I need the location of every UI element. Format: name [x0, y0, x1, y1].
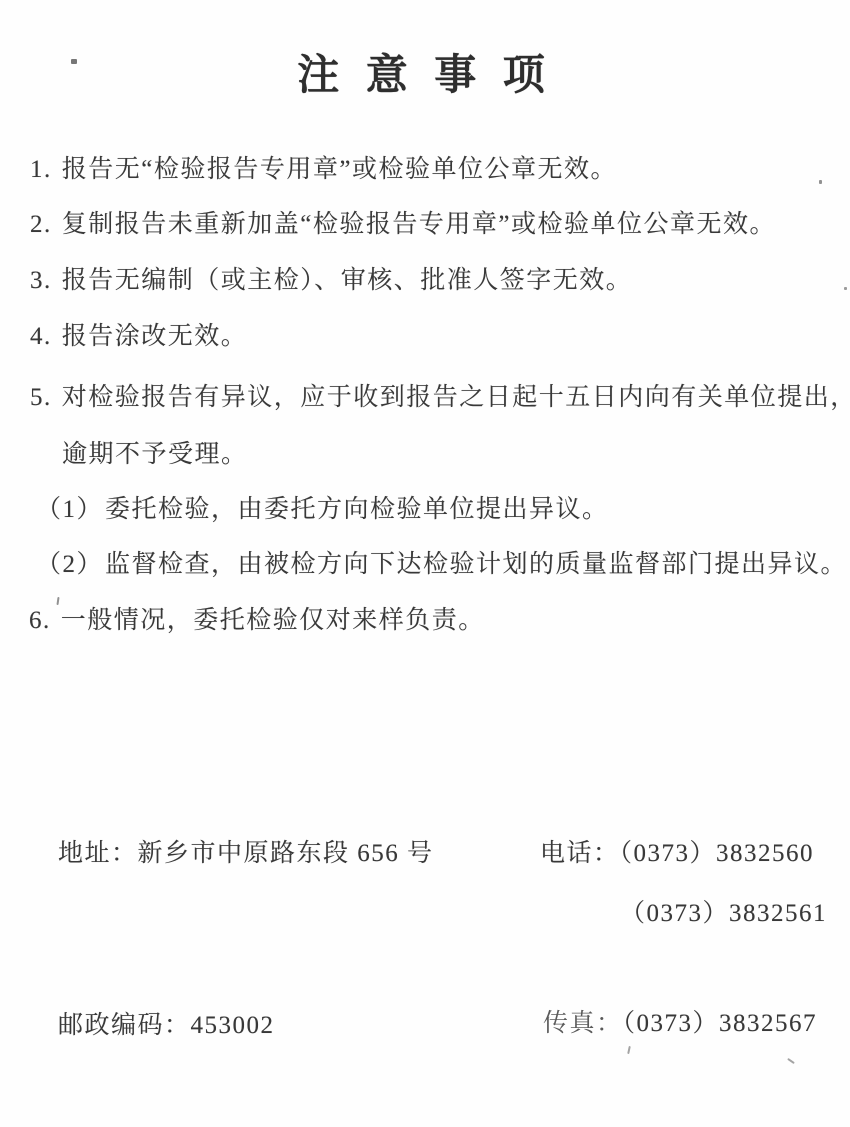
note-item-6: 6.一般情况，委托检验仅对来样负责。: [29, 600, 485, 636]
note-number: 2.: [30, 211, 52, 239]
address-value: 新乡市中原路东段 656 号: [138, 840, 434, 867]
postcode-label: 邮政编码：: [58, 1012, 191, 1039]
scan-speckle: [71, 59, 77, 64]
postcode-value: 453002: [191, 1012, 275, 1039]
note-item-1: 1.报告无“检验报告专用章”或检验单位公章无效。: [30, 149, 617, 185]
note-item-5: 5.对检验报告有异议，应于收到报告之日起十五日内向有关单位提出，: [30, 377, 850, 413]
note-text: 复制报告未重新加盖“检验报告专用章”或检验单位公章无效。: [62, 211, 776, 238]
phone-number-2: （0373）3832561: [620, 900, 827, 927]
note-text: 报告无编制（或主检）、审核、批准人签字无效。: [62, 267, 633, 294]
note-subitem-2: （2）监督检查，由被检方向下达检验计划的质量监督部门提出异议。: [36, 544, 847, 580]
address-line: 地址：新乡市中原路东段 656 号: [58, 833, 434, 869]
note-text: 逾期不予受理。: [62, 441, 248, 468]
note-item-5-continued: 逾期不予受理。: [62, 434, 248, 470]
fax-label: 传真：: [543, 1010, 623, 1037]
note-item-2: 2.复制报告未重新加盖“检验报告专用章”或检验单位公章无效。: [30, 204, 776, 240]
note-text: 报告涂改无效。: [62, 323, 248, 350]
page-title: 注 意 事 项: [0, 42, 850, 102]
postcode-line: 邮政编码：453002: [58, 1005, 275, 1041]
fax-value: （0373）3832567: [623, 1010, 818, 1037]
note-text: 委托检验，由委托方向检验单位提出异议。: [105, 496, 609, 523]
note-item-4: 4.报告涂改无效。: [30, 316, 247, 352]
address-label: 地址：: [58, 840, 138, 867]
scanned-document-page: 注 意 事 项 1.报告无“检验报告专用章”或检验单位公章无效。 2.复制报告未…: [0, 0, 850, 1127]
scan-speckle: [819, 180, 822, 184]
note-text: 一般情况，委托检验仅对来样负责。: [61, 607, 485, 634]
note-number: 3.: [30, 267, 52, 295]
phone-line-2: （0373）3832561: [620, 893, 827, 929]
note-number: 6.: [29, 607, 51, 635]
note-text: 监督检查，由被检方向下达检验计划的质量监督部门提出异议。: [105, 551, 847, 578]
scan-speckle: [787, 1058, 795, 1064]
phone-label: 电话：: [540, 840, 620, 867]
note-text: 报告无“检验报告专用章”或检验单位公章无效。: [62, 156, 617, 183]
phone-line-1: 电话：（0373）3832560: [540, 833, 814, 869]
note-number: 4.: [30, 323, 52, 351]
note-subitem-1: （1）委托检验，由委托方向检验单位提出异议。: [36, 489, 609, 525]
note-number: （1）: [36, 489, 103, 525]
note-number: （2）: [36, 544, 103, 580]
scan-speckle: [627, 1046, 631, 1054]
phone-number-1: （0373）3832560: [620, 840, 815, 867]
note-item-3: 3.报告无编制（或主检）、审核、批准人签字无效。: [30, 260, 632, 296]
note-number: 5.: [30, 384, 52, 412]
note-number: 1.: [30, 156, 52, 184]
scan-speckle: [844, 287, 847, 290]
fax-line: 传真：（0373）3832567: [543, 1003, 817, 1039]
note-text: 对检验报告有异议，应于收到报告之日起十五日内向有关单位提出，: [62, 384, 850, 411]
